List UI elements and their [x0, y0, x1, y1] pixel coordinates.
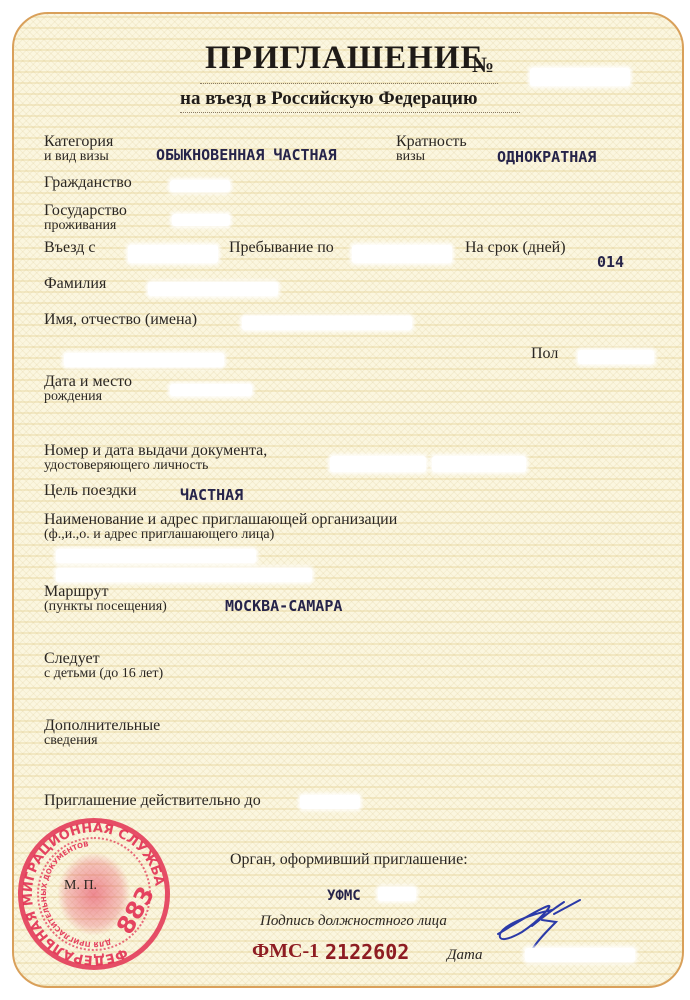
given-names-label: Имя, отчество (имена)	[44, 312, 197, 327]
stamp-number: 883	[111, 882, 160, 939]
redacted-surname	[148, 282, 278, 296]
title-underline	[200, 83, 498, 84]
trip-purpose-value: ЧАСТНАЯ	[180, 486, 243, 504]
valid-until-label: Приглашение действительно до	[44, 793, 261, 808]
redacted-inviting-party-line2	[56, 568, 312, 582]
id-document-label: Номер и дата выдачи документа, удостовер…	[44, 443, 267, 473]
redacted-id-number	[330, 456, 426, 472]
duration-value: 014	[597, 253, 624, 271]
redacted-sex	[578, 350, 654, 364]
visa-multiplicity-label: Кратность визы	[396, 134, 467, 164]
issuing-authority-label: Орган, оформивший приглашение:	[230, 852, 468, 867]
date-label: Дата	[447, 947, 483, 964]
redacted-issuing-authority-region	[378, 887, 416, 901]
sex-label: Пол	[531, 346, 558, 361]
visa-multiplicity-value: ОДНОКРАТНАЯ	[497, 148, 596, 166]
redacted-invitation-number	[530, 68, 630, 86]
official-stamp: ФЕДЕРАЛЬНАЯ МИГРАЦИОННАЯ СЛУЖБА ДЛЯ ПРИГ…	[18, 818, 170, 970]
residence-state-label: Государство проживания	[44, 203, 127, 233]
redacted-birth	[170, 384, 252, 396]
surname-label: Фамилия	[44, 276, 106, 291]
redacted-issue-date	[525, 948, 635, 962]
visa-category-value: ОБЫКНОВЕННАЯ ЧАСТНАЯ	[156, 146, 337, 164]
redacted-valid-until	[300, 795, 360, 809]
redacted-given-names	[242, 316, 412, 330]
form-series: ФМС-1	[252, 940, 319, 963]
document-subtitle: на въезд в Российскую Федерацию	[180, 88, 477, 110]
document-title: ПРИГЛАШЕНИЕ	[205, 40, 484, 77]
seal-placeholder: М. П.	[64, 878, 97, 894]
redacted-id-date	[432, 456, 526, 472]
trip-purpose-label: Цель поездки	[44, 483, 137, 498]
number-sign: №	[472, 52, 494, 78]
route-value: МОСКВА-САМАРА	[225, 597, 342, 615]
issuing-authority-value: УФМС	[327, 888, 361, 904]
additional-info-label: Дополнительные сведения	[44, 718, 160, 748]
redacted-inviting-party-line1	[56, 549, 256, 563]
duration-label: На срок (дней)	[465, 240, 566, 255]
entry-from-label: Въезд с	[44, 240, 96, 255]
inviting-party-label: Наименование и адрес приглашающей органи…	[44, 512, 397, 542]
redacted-entry-date	[128, 245, 218, 263]
form-number: 2122602	[325, 940, 409, 964]
redacted-stay-date	[352, 245, 452, 263]
stamp-text-ring: ФЕДЕРАЛЬНАЯ МИГРАЦИОННАЯ СЛУЖБА ДЛЯ ПРИГ…	[18, 818, 170, 970]
redacted-residence-state	[172, 214, 230, 226]
route-label: Маршрут (пункты посещения)	[44, 584, 167, 614]
signature-scribble	[492, 896, 584, 954]
children-label: Следует с детьми (до 16 лет)	[44, 651, 163, 681]
citizenship-label: Гражданство	[44, 175, 132, 190]
subtitle-underline	[180, 112, 520, 113]
signature-label: Подпись должностного лица	[260, 913, 447, 930]
redacted-citizenship	[170, 180, 230, 192]
visa-category-label: Категория и вид визы	[44, 134, 113, 164]
redacted-given-names-line2	[64, 353, 224, 367]
birth-label: Дата и место рождения	[44, 374, 132, 404]
stay-until-label: Пребывание по	[229, 240, 334, 255]
